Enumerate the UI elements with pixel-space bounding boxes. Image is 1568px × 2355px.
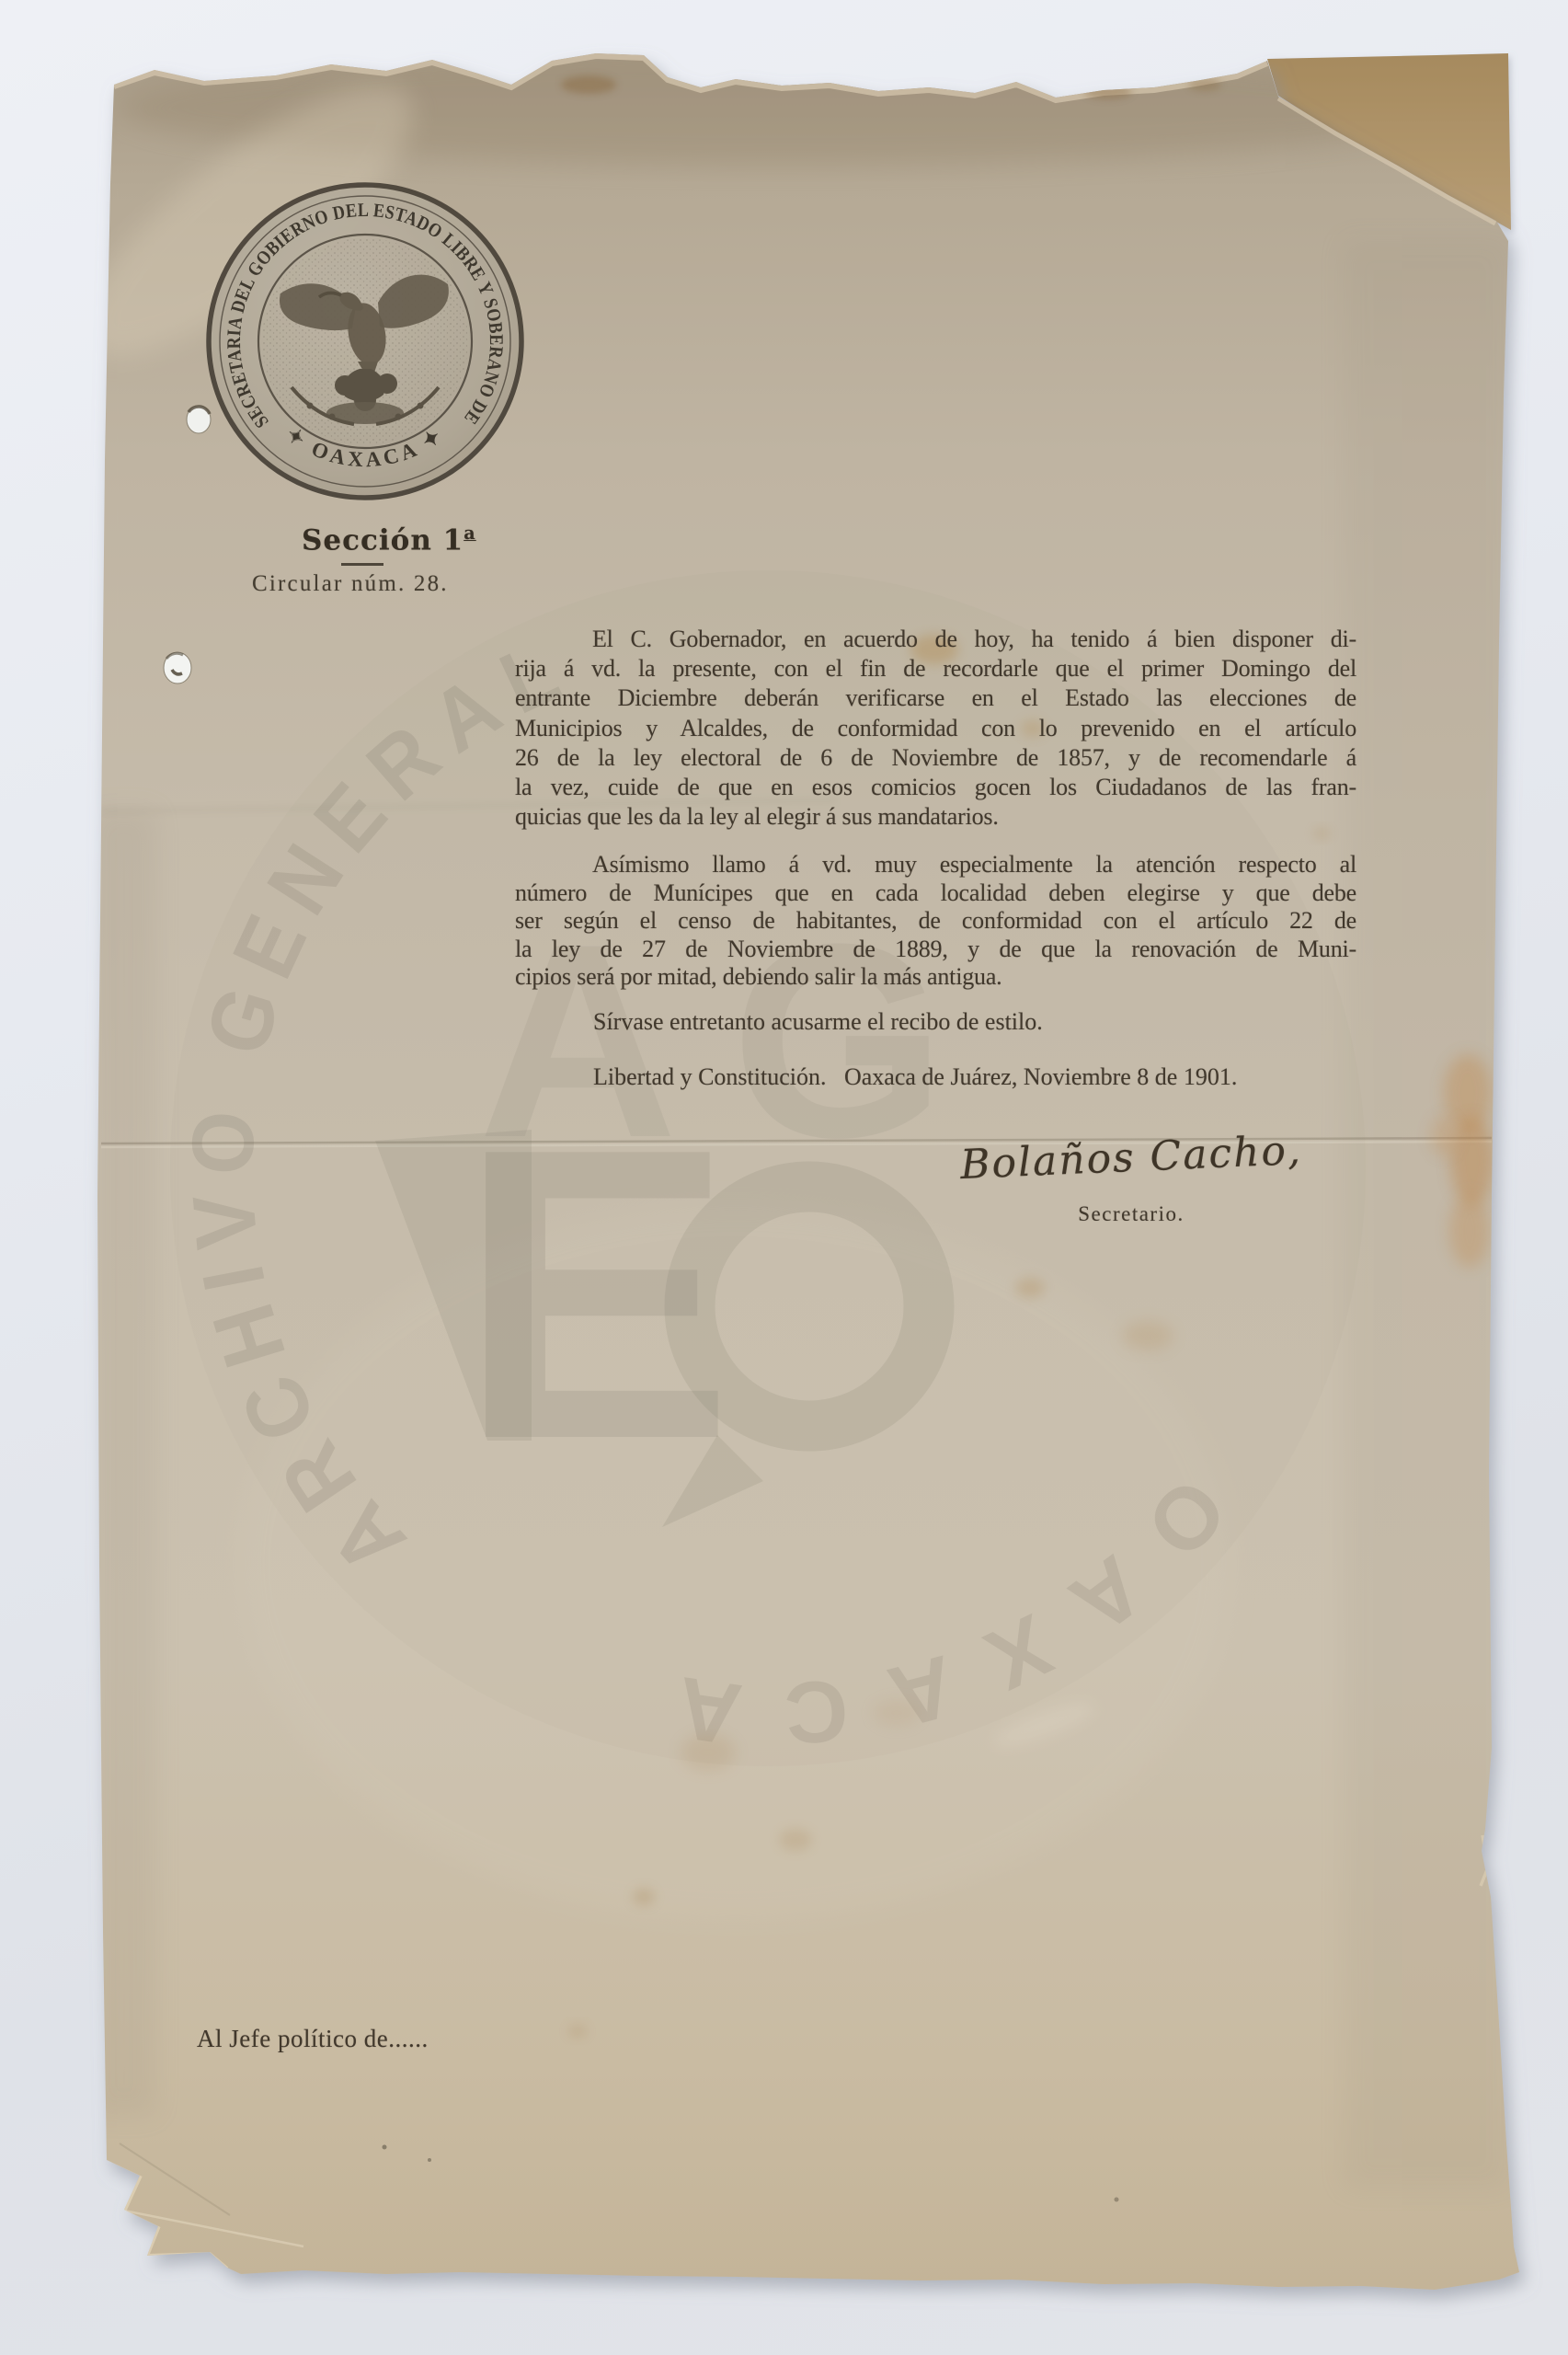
text-line: cipios será por mitad, debiendo salir la…	[515, 963, 1356, 992]
heading-rule	[341, 563, 383, 566]
text-line: El C. Gobernador, en acuerdo de hoy, ha …	[515, 626, 1356, 655]
text-line: quicias que les da la ley al elegir á su…	[515, 803, 1356, 833]
document-text-layer: Sección 1a Circular núm. 28. El C. Gober…	[0, 0, 1568, 2355]
addressee-line: Al Jefe político de......	[197, 2025, 429, 2053]
circular-number: Circular núm. 28.	[252, 571, 449, 597]
paragraph-municipes: Asímismo llamo á vd. muy especialmente l…	[515, 851, 1356, 992]
signature: Bolaños Cacho,	[946, 1126, 1316, 1189]
text-line: Municipios y Alcaldes, de conformidad co…	[515, 715, 1356, 744]
closing-line: Sírvase entretanto acusarme el recibo de…	[593, 1008, 1043, 1036]
text-line: 26 de la ley electoral de 6 de Noviembre…	[515, 744, 1356, 774]
photo-background: ARCHIVO GENERAL OAXACA A G E	[0, 0, 1568, 2355]
dateline: Libertad y Constitución. Oaxaca de Juáre…	[593, 1063, 1237, 1091]
text-line: rija á vd. la presente, con el fin de re…	[515, 655, 1356, 684]
section-heading: Sección 1a	[302, 523, 476, 557]
section-ordinal: a	[464, 523, 475, 544]
paragraph-elections: El C. Gobernador, en acuerdo de hoy, ha …	[515, 626, 1356, 833]
text-line: ser según el censo de habitantes, de con…	[515, 907, 1356, 936]
text-line: número de Munícipes que en cada localida…	[515, 879, 1356, 908]
text-line: entrante Diciembre deberán verificarse e…	[515, 684, 1356, 714]
text-line: la ley de 27 de Noviembre de 1889, y de …	[515, 936, 1356, 964]
text-line: la vez, cuide de que en esos comicios go…	[515, 774, 1356, 803]
section-label: Sección 1	[302, 523, 464, 557]
text-line: Asímismo llamo á vd. muy especialmente l…	[515, 851, 1356, 879]
signature-title: Secretario.	[947, 1202, 1315, 1226]
